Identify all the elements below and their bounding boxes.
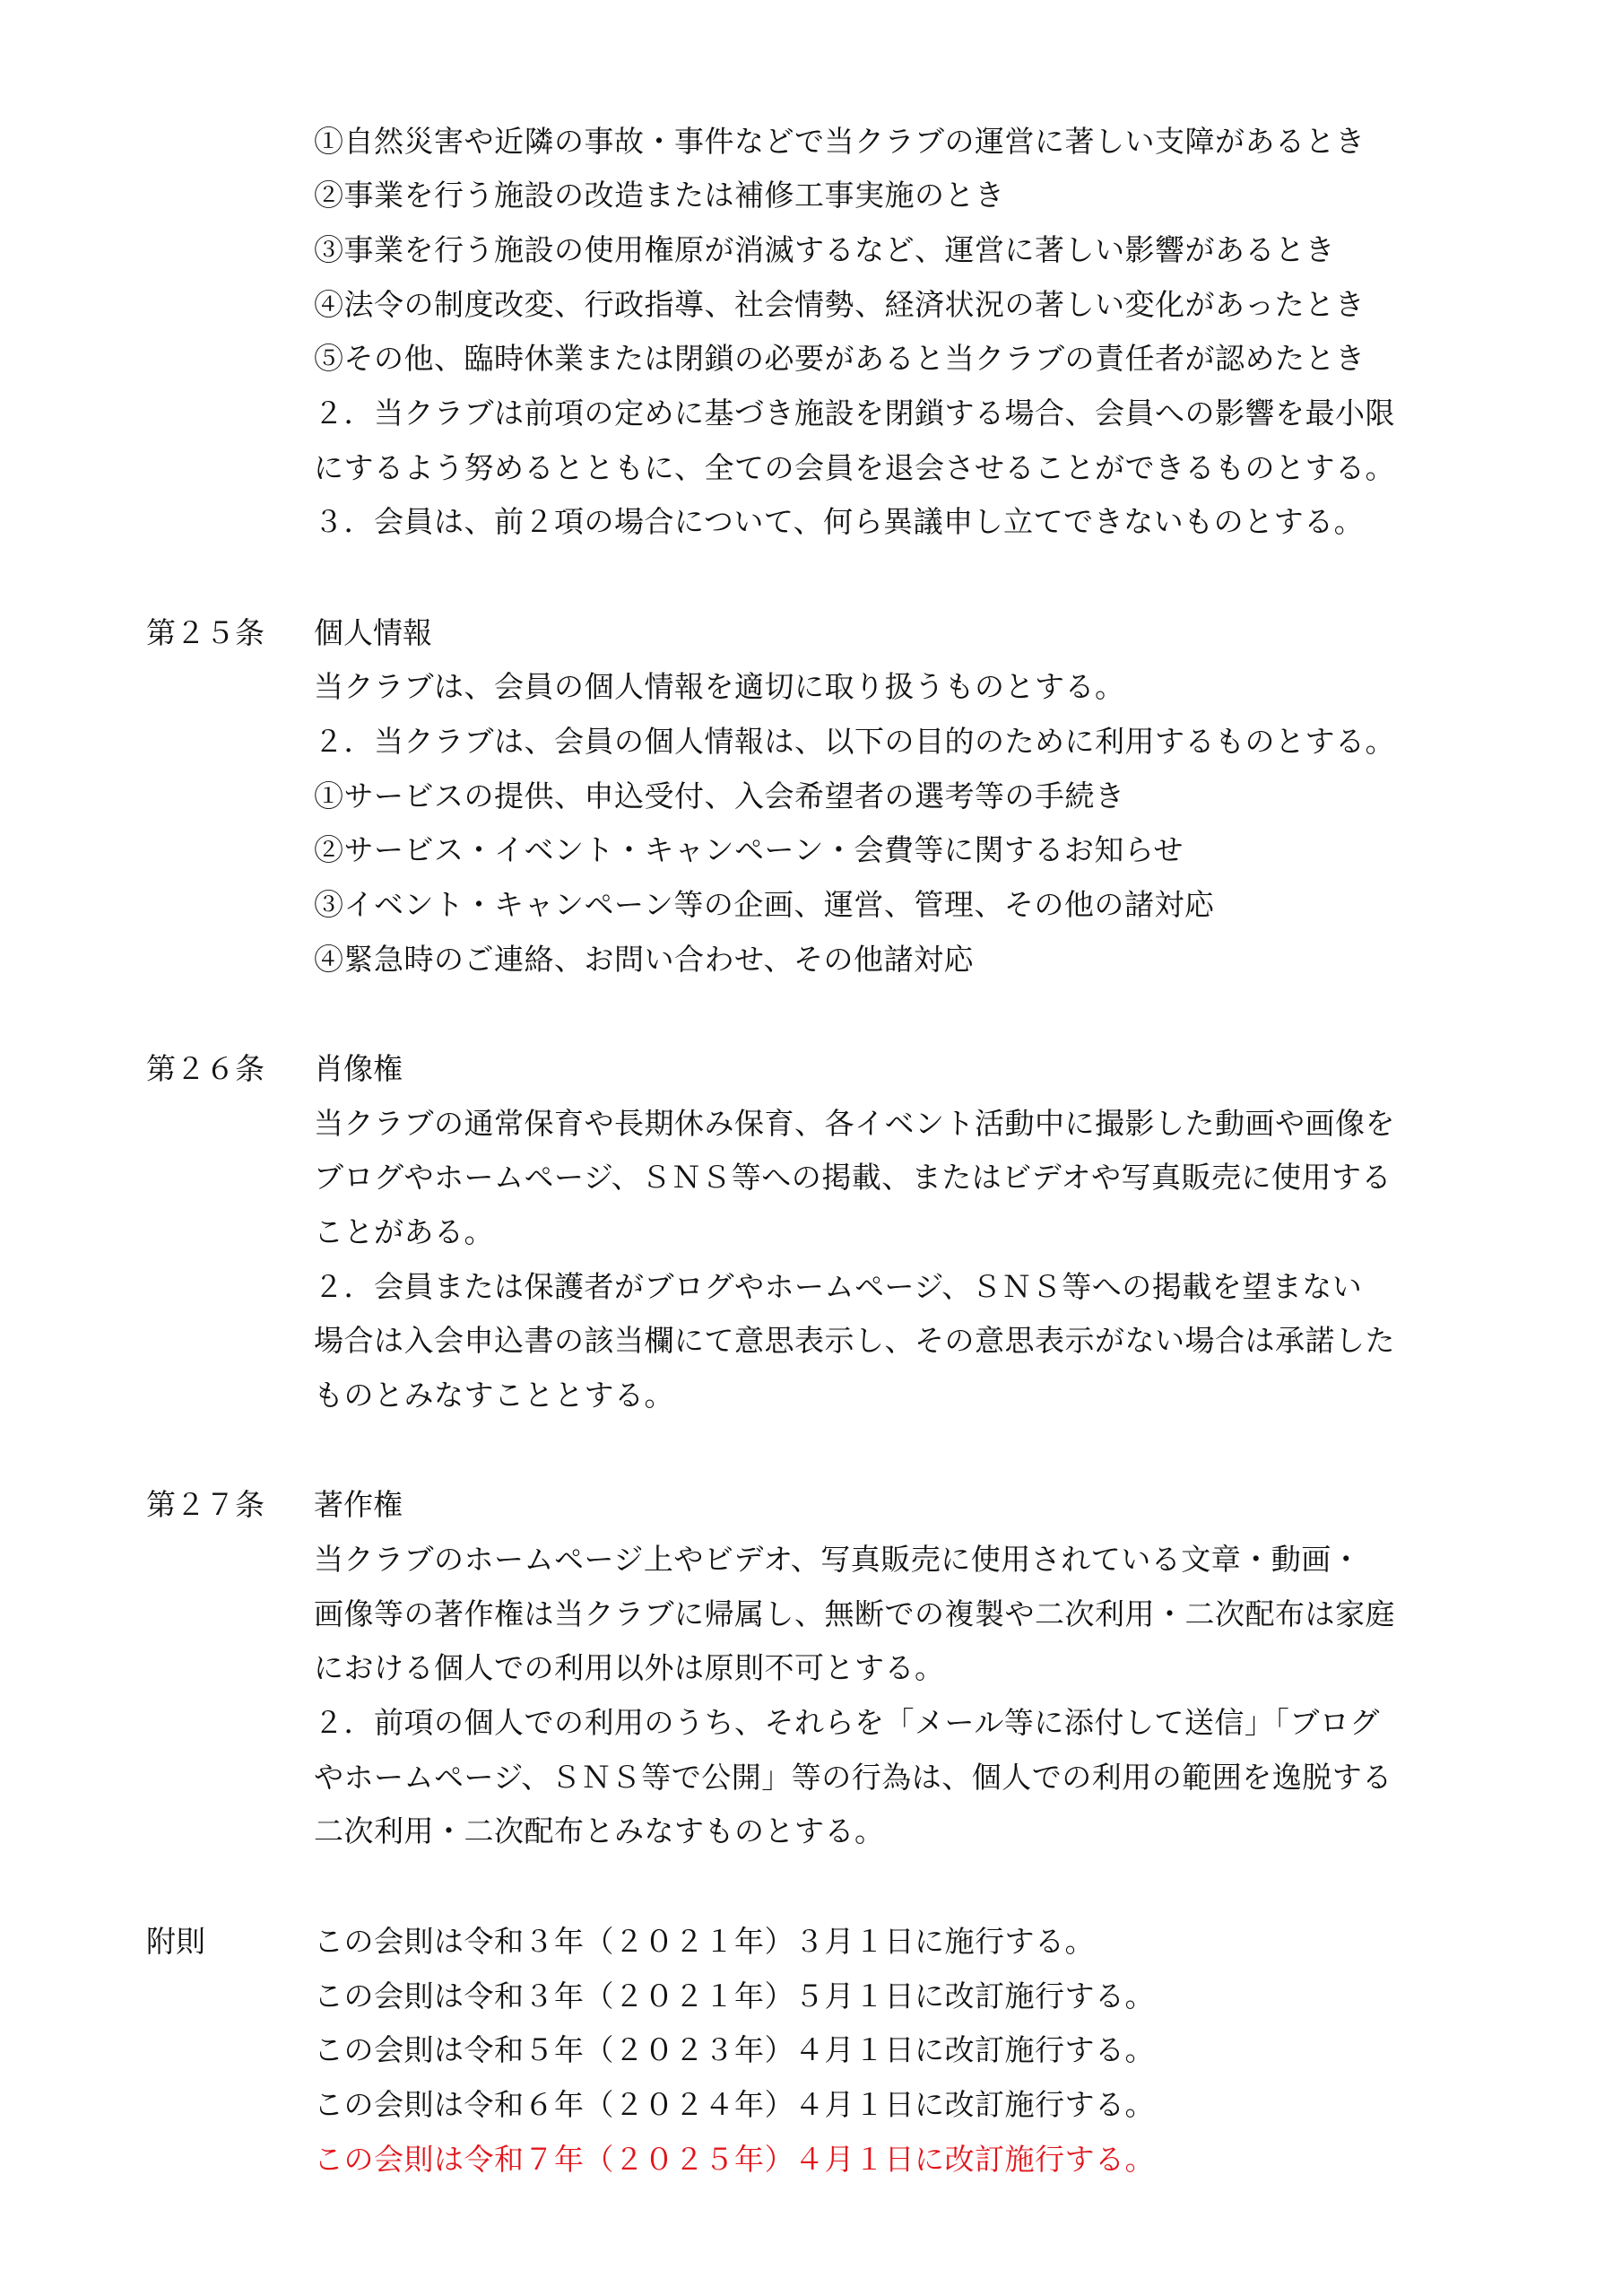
article-26-title: 肖像権 [314,1051,403,1087]
supplementary-line-3: この会則は令和５年（２０２３年）４月１日に改訂施行する。 [314,2032,1479,2068]
article-26-line-1: 当クラブの通常保育や長期休み保育、各イベント活動中に撮影した動画や画像を [314,1106,1479,1142]
closure-reason-1: ①自然災害や近隣の事故・事件などで当クラブの運営に著しい支障があるとき [314,124,1479,160]
article-25-heading: 第２５条 個人情報 [146,615,265,651]
article-27-line-2: 画像等の著作権は当クラブに帰属し、無断での複製や二次利用・二次配布は家庭 [314,1596,1479,1632]
article-27-line-6: 二次利用・二次配布とみなすものとする。 [314,1813,1479,1849]
article-26-heading: 第２６条 肖像権 [146,1051,265,1087]
closure-paragraph-2-line-1: ２．当クラブは前項の定めに基づき施設を閉鎖する場合、会員への影響を最小限 [314,396,1479,431]
article-25-purpose-2: ②サービス・イベント・キャンペーン・会費等に関するお知らせ [314,832,1479,868]
article-26-number: 第２６条 [146,1051,265,1087]
article-27-title: 著作権 [314,1487,403,1523]
supplementary-line-4: この会則は令和６年（２０２４年）４月１日に改訂施行する。 [314,2087,1479,2123]
article-26-line-3: ことがある。 [314,1214,1479,1250]
article-26-line-6: ものとみなすこととする。 [314,1378,1479,1413]
closure-reason-2: ②事業を行う施設の改造または補修工事実施のとき [314,178,1479,213]
article-25-purpose-1: ①サービスの提供、申込受付、入会希望者の選考等の手続き [314,778,1479,814]
article-26-line-5: 場合は入会申込書の該当欄にて意思表示し、その意思表示がない場合は承諾した [314,1323,1479,1359]
article-25-purpose-3: ③イベント・キャンペーン等の企画、運営、管理、その他の諸対応 [314,887,1479,923]
closure-reason-4: ④法令の制度改変、行政指導、社会情勢、経済状況の著しい変化があったとき [314,287,1479,323]
document-page: ①自然災害や近隣の事故・事件などで当クラブの運営に著しい支障があるとき ②事業を… [0,0,1622,2296]
closure-paragraph-2-line-2: にするよう努めるとともに、全ての会員を退会させることができるものとする。 [314,450,1479,486]
supplementary-line-5-revision-highlight: この会則は令和７年（２０２５年）４月１日に改訂施行する。 [314,2142,1479,2178]
supplementary-line-1: この会則は令和３年（２０２１年）３月１日に施行する。 [314,1924,1479,1960]
article-25-number: 第２５条 [146,615,265,651]
article-27-line-3: における個人での利用以外は原則不可とする。 [314,1650,1479,1686]
supplementary-label: 附則 [146,1924,205,1960]
article-27-line-4: ２．前項の個人での利用のうち、それらを「メール等に添付して送信」「ブログ [314,1705,1479,1741]
closure-reason-3: ③事業を行う施設の使用権原が消滅するなど、運営に著しい影響があるとき [314,232,1479,268]
closure-reason-5: ⑤その他、臨時休業または閉鎖の必要があると当クラブの責任者が認めたとき [314,341,1479,377]
article-25-line-1: 当クラブは、会員の個人情報を適切に取り扱うものとする。 [314,669,1479,705]
article-25-title: 個人情報 [314,615,432,651]
article-27-line-1: 当クラブのホームページ上やビデオ、写真販売に使用されている文章・動画・ [314,1542,1479,1578]
closure-paragraph-3: ３．会員は、前２項の場合について、何ら異議申し立てできないものとする。 [314,504,1479,540]
article-27-heading: 第２７条 著作権 [146,1487,265,1523]
article-25-purpose-4: ④緊急時のご連絡、お問い合わせ、その他諸対応 [314,942,1479,978]
article-26-line-4: ２．会員または保護者がブログやホームページ、ＳＮＳ等への掲載を望まない [314,1269,1479,1305]
article-25-line-2: ２．当クラブは、会員の個人情報は、以下の目的のために利用するものとする。 [314,724,1479,760]
article-27-number: 第２７条 [146,1487,265,1523]
supplementary-line-2: この会則は令和３年（２０２１年）５月１日に改訂施行する。 [314,1979,1479,2014]
article-27-line-5: やホームページ、ＳＮＳ等で公開」等の行為は、個人での利用の範囲を逸脱する [314,1760,1479,1796]
article-26-line-2: ブログやホームページ、ＳＮＳ等への掲載、またはビデオや写真販売に使用する [314,1160,1479,1196]
